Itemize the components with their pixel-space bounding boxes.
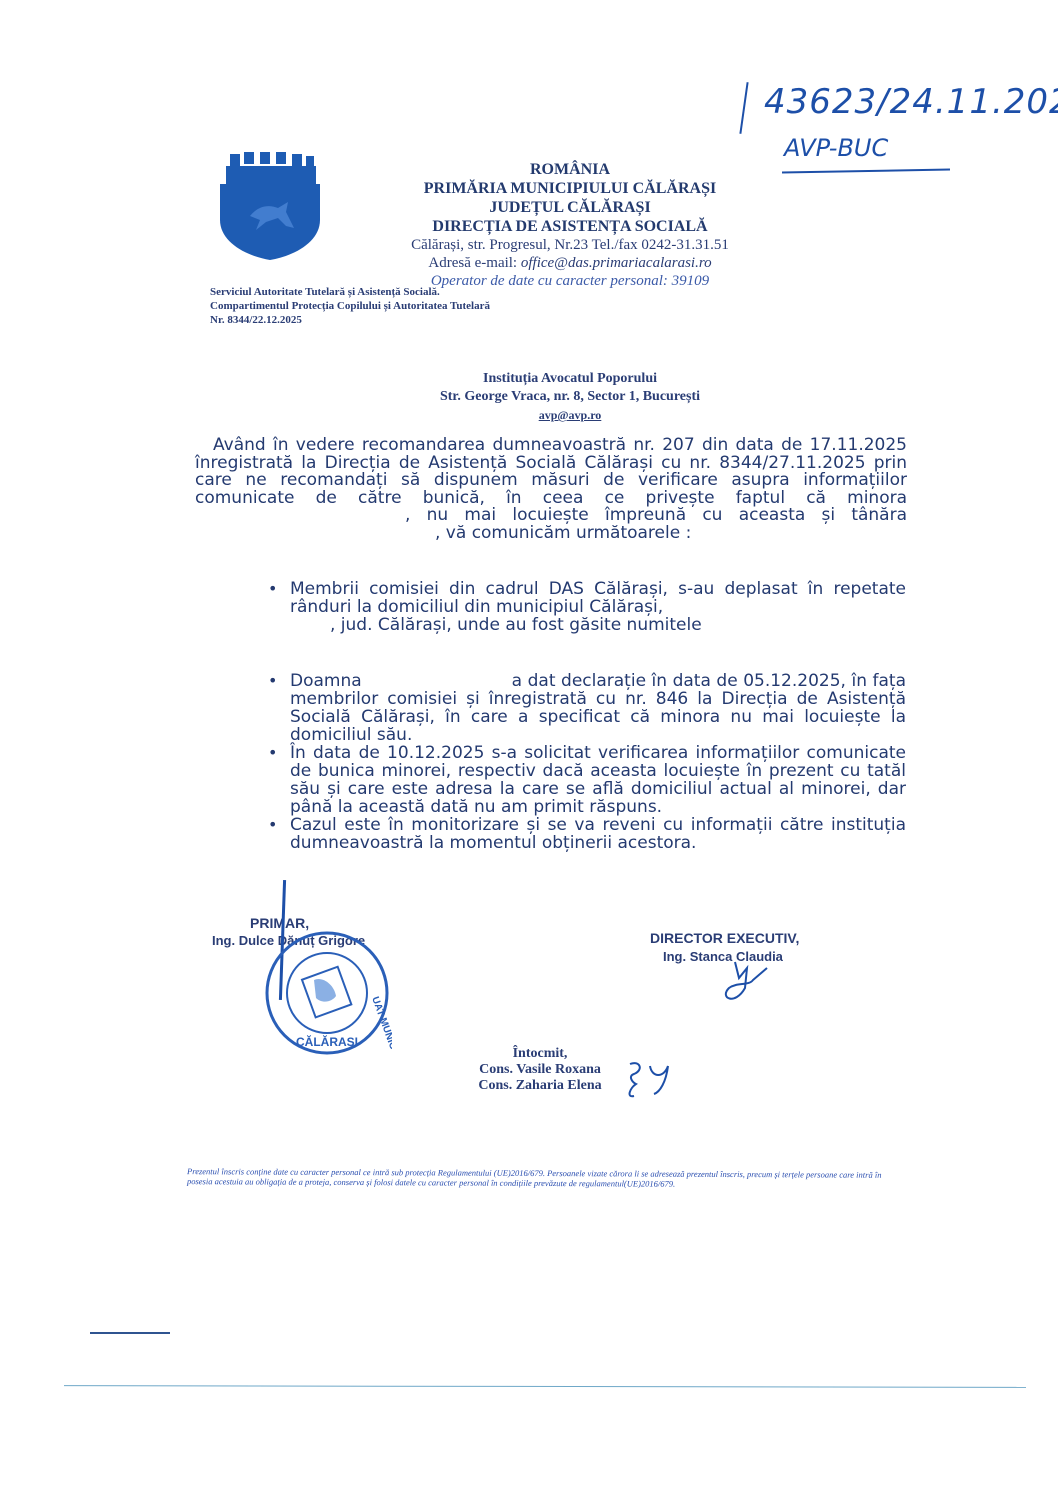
department-block: Serviciul Autoritate Tutelară și Asisten… bbox=[210, 285, 490, 327]
service-name: Serviciul Autoritate Tutelară și Asisten… bbox=[210, 285, 490, 299]
municipality-line: PRIMĂRIA MUNICIPIULUI CĂLĂRAȘI bbox=[360, 179, 780, 198]
letterhead-contact: Călărași, str. Progresul, Nr.23 Tel./fax… bbox=[370, 236, 770, 290]
email-label: Adresă e-mail: bbox=[428, 255, 520, 271]
calarasi-coat-of-arms-icon bbox=[216, 150, 324, 262]
recipient-email[interactable]: avp@avp.ro bbox=[380, 406, 760, 424]
registration-number: 43623/24.11.2025 bbox=[764, 82, 1058, 122]
director-title: DIRECTOR EXECUTIV, bbox=[650, 930, 799, 947]
intro-end: , vă comunicăm următoarele : bbox=[435, 523, 691, 543]
compartment-name: Compartimentul Protecția Copilului și Au… bbox=[210, 299, 490, 313]
short-divider bbox=[90, 1332, 170, 1334]
director-handwritten-signature bbox=[715, 958, 775, 1008]
registration-office: AVP-BUC bbox=[784, 134, 888, 162]
intro-text: Având în vedere recomandarea dumneavoast… bbox=[195, 435, 907, 508]
list-item: Membrii comisiei din cadrul DAS Călărași… bbox=[268, 580, 906, 634]
recipient-block: Instituția Avocatul Poporului Str. Georg… bbox=[380, 370, 760, 424]
document-number: Nr. 8344/22.12.2025 bbox=[210, 313, 490, 327]
list-item: În data de 10.12.2025 s-a solicitat veri… bbox=[268, 744, 906, 816]
letterhead: ROMÂNIA PRIMĂRIA MUNICIPIULUI CĂLĂRAȘI J… bbox=[360, 160, 780, 236]
official-round-stamp: CĂLĂRAȘI UAT MUNIC bbox=[262, 928, 392, 1058]
svg-text:CĂLĂRAȘI: CĂLĂRAȘI bbox=[296, 1034, 358, 1049]
bottom-divider bbox=[64, 1385, 1026, 1388]
county-line: JUDEȚUL CĂLĂRAȘI bbox=[360, 198, 780, 217]
country-line: ROMÂNIA bbox=[360, 160, 780, 179]
stamp-underline bbox=[782, 169, 950, 174]
registration-stamp: 43623/24.11.2025 AVP-BUC bbox=[740, 70, 1040, 180]
list-item: Cazul este în monitorizare și se va reve… bbox=[268, 816, 906, 852]
gdpr-footnote: Prezentul înscris conține date cu caract… bbox=[187, 1166, 897, 1190]
preparers-handwritten-signature bbox=[620, 1058, 690, 1103]
findings-list-2: Doamnaa dat declarație în data de 05.12.… bbox=[268, 672, 906, 852]
stamp-vertical-stroke bbox=[739, 82, 748, 134]
email-line: Adresă e-mail: office@das.primariacalara… bbox=[370, 254, 770, 272]
svg-text:UAT MUNIC: UAT MUNIC bbox=[369, 995, 392, 1051]
list-item: Doamnaa dat declarație în data de 05.12.… bbox=[268, 672, 906, 744]
findings-list: Membrii comisiei din cadrul DAS Călărași… bbox=[268, 580, 906, 634]
recipient-address: Str. George Vraca, nr. 8, Sector 1, Bucu… bbox=[380, 388, 760, 406]
prepared-by-block: Întocmit, Cons. Vasile Roxana Cons. Zaha… bbox=[470, 1046, 610, 1094]
prepared-label: Întocmit, bbox=[470, 1046, 610, 1062]
recipient-name: Instituția Avocatul Poporului bbox=[380, 370, 760, 388]
directorate-line: DIRECȚIA DE ASISTENȚA SOCIALĂ bbox=[360, 217, 780, 236]
address-line: Călărași, str. Progresul, Nr.23 Tel./fax… bbox=[370, 236, 770, 254]
preparer-1: Cons. Vasile Roxana bbox=[470, 1062, 610, 1078]
body-intro: Având în vedere recomandarea dumneavoast… bbox=[195, 437, 907, 542]
preparer-2: Cons. Zaharia Elena bbox=[470, 1078, 610, 1094]
email-link[interactable]: office@das.primariacalarasi.ro bbox=[521, 255, 712, 271]
